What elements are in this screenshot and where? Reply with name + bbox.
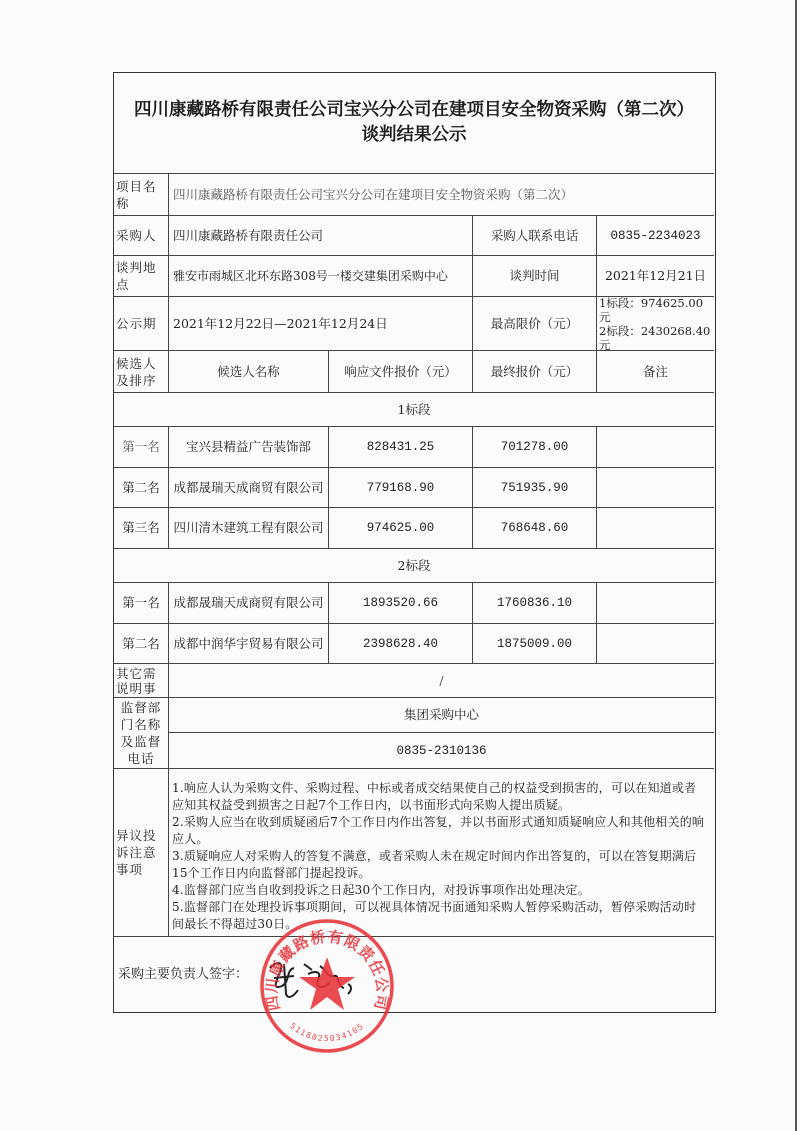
- lot1-row2-remark: [597, 468, 714, 508]
- lot1-row2-final-price: 751935.90: [473, 468, 597, 508]
- title-line-1: 四川康藏路桥有限责任公司宝兴分公司在建项目安全物资采购（第二次）: [134, 98, 694, 123]
- lot1-row3-name: 四川清木建筑工程有限公司: [169, 508, 329, 549]
- supervision-phone: 0835-2310136: [169, 733, 714, 769]
- supervision-department: 集团采购中心: [169, 698, 714, 733]
- lot1-row1-name: 宝兴县精益广告装饰部: [169, 427, 329, 468]
- max-price-label: 最高限价（元）: [473, 297, 597, 351]
- lot1-row3-final-price: 768648.60: [473, 508, 597, 549]
- lot2-row2-response-price: 2398628.40: [329, 624, 473, 664]
- lot1-row3-remark: [597, 508, 714, 549]
- location-label: 谈判地点: [114, 256, 169, 297]
- signature-row: 采购主要负责人签字：: [114, 937, 714, 1012]
- objection-item-3: 3.质疑响应人对采购人的答复不满意，或者采购人未在规定时间内作出答复的，可以在答…: [172, 848, 708, 882]
- lot-2-label: 2标段: [114, 549, 714, 583]
- objection-item-5: 5.监督部门在处理投诉事项期间，可以视具体情况书面通知采购人暂停采购活动，暂停采…: [172, 899, 708, 933]
- objection-label: 异议投诉注意事项: [114, 769, 169, 937]
- location-value: 雅安市雨城区北环东路308号一楼交建集团采购中心: [169, 256, 473, 297]
- supervision-label: 监督部门名称及监督电话: [114, 698, 169, 769]
- lot1-row1-rank: 第一名: [114, 427, 169, 468]
- other-value: /: [169, 664, 714, 698]
- page-edge-line: [795, 0, 797, 1131]
- lot2-row1-rank: 第一名: [114, 583, 169, 624]
- purchaser-label: 采购人: [114, 216, 169, 256]
- lot2-row2-final-price: 1875009.00: [473, 624, 597, 664]
- result-table: 四川康藏路桥有限责任公司宝兴分公司在建项目安全物资采购（第二次） 谈判结果公示 …: [113, 72, 716, 1013]
- lot1-row2-rank: 第二名: [114, 468, 169, 508]
- signature-label: 采购主要负责人签字：: [118, 967, 248, 983]
- lot1-row1-response-price: 828431.25: [329, 427, 473, 468]
- max-price-lot2: 2标段：2430268.40元: [599, 324, 714, 352]
- other-label: 其它需说明事: [114, 664, 169, 698]
- header-remark: 备注: [597, 351, 714, 393]
- lot2-row1-name: 成都晟瑞天成商贸有限公司: [169, 583, 329, 624]
- objection-item-4: 4.监督部门应当自收到投诉之日起30个工作日内，对投诉事项作出处理决定。: [172, 882, 708, 899]
- purchaser-phone-value: 0835-2234023: [597, 216, 714, 256]
- project-name-value: 四川康藏路桥有限责任公司宝兴分公司在建项目安全物资采购（第二次）: [169, 174, 714, 216]
- max-price-value: 1标段：974625.00元 2标段：2430268.40元: [597, 297, 714, 351]
- project-name-label: 项目名称: [114, 174, 169, 216]
- lot2-row1-response-price: 1893520.66: [329, 583, 473, 624]
- header-final-price: 最终报价（元）: [473, 351, 597, 393]
- max-price-lot1: 1标段：974625.00元: [599, 297, 714, 324]
- lot2-row2-name: 成都中润华宇贸易有限公司: [169, 624, 329, 664]
- lot1-row1-final-price: 701278.00: [473, 427, 597, 468]
- header-response-price: 响应文件报价（元）: [329, 351, 473, 393]
- lot2-row2-rank: 第二名: [114, 624, 169, 664]
- lot2-row1-final-price: 1760836.10: [473, 583, 597, 624]
- lot1-row3-rank: 第三名: [114, 508, 169, 549]
- lot1-row2-name: 成都晟瑞天成商贸有限公司: [169, 468, 329, 508]
- title-line-2: 谈判结果公示: [362, 123, 467, 148]
- period-value: 2021年12月22日—2021年12月24日: [169, 297, 473, 351]
- time-value: 2021年12月21日: [597, 256, 714, 297]
- objection-item-1: 1.响应人认为采购文件、采购过程、中标或者成交结果使自己的权益受到损害的，可以在…: [172, 780, 708, 814]
- time-label: 谈判时间: [473, 256, 597, 297]
- lot1-row2-response-price: 779168.90: [329, 468, 473, 508]
- svg-text:5118025034105: 5118025034105: [288, 1021, 366, 1043]
- purchaser-phone-label: 采购人联系电话: [473, 216, 597, 256]
- lot-1-label: 1标段: [114, 393, 714, 427]
- lot2-row1-remark: [597, 583, 714, 624]
- period-label: 公示期: [114, 297, 169, 351]
- purchaser-value: 四川康藏路桥有限责任公司: [169, 216, 473, 256]
- document-title: 四川康藏路桥有限责任公司宝兴分公司在建项目安全物资采购（第二次） 谈判结果公示: [114, 73, 714, 174]
- lot2-row2-remark: [597, 624, 714, 664]
- objection-item-2: 2.采购人应当在收到质疑函后7个工作日内作出答复，并以书面形式通知质疑响应人和其…: [172, 814, 708, 848]
- header-name: 候选人名称: [169, 351, 329, 393]
- lot1-row1-remark: [597, 427, 714, 468]
- objection-notes: 1.响应人认为采购文件、采购过程、中标或者成交结果使自己的权益受到损害的，可以在…: [169, 769, 714, 937]
- lot1-row3-response-price: 974625.00: [329, 508, 473, 549]
- header-rank: 候选人及排序: [114, 351, 169, 393]
